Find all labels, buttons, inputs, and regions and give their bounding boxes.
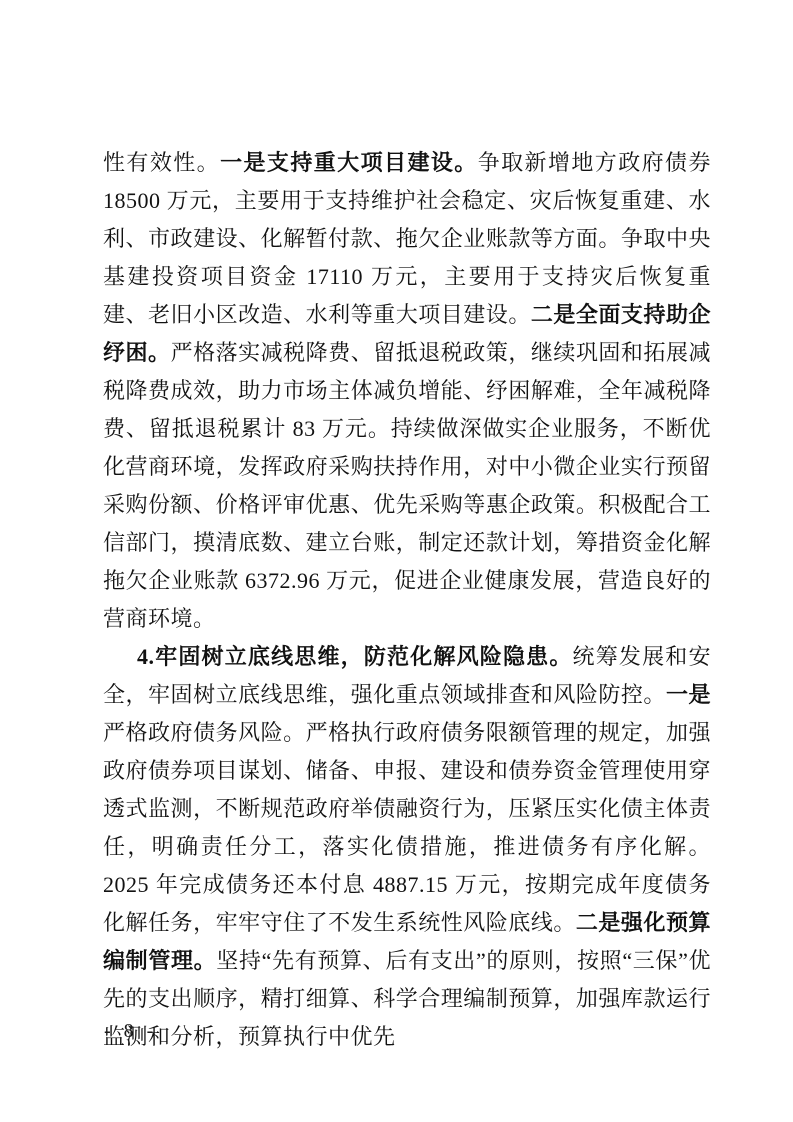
text-run: 争取新增地方政府债券 18500 万元，主要用于支持维护社会稳定、灾后恢复重建、…: [103, 150, 711, 327]
paragraph: 性有效性。一是支持重大项目建设。争取新增地方政府债券 18500 万元，主要用于…: [103, 144, 711, 638]
bold-run: 4.牢固树立底线思维，防范化解风险隐患。: [137, 644, 573, 669]
bold-run: 一是支持重大项目建设。: [220, 150, 478, 175]
document-body: 性有效性。一是支持重大项目建设。争取新增地方政府债券 18500 万元，主要用于…: [103, 144, 711, 1056]
text-run: 性有效性。: [103, 150, 220, 175]
paragraph: 4.牢固树立底线思维，防范化解风险隐患。统筹发展和安全，牢固树立底线思维，强化重…: [103, 638, 711, 1056]
bold-run: 一是: [666, 682, 711, 707]
page-number: - 8 -: [104, 1020, 157, 1043]
text-run: 严格落实减税降费、留抵退税政策，继续巩固和拓展减税降费成效，助力市场主体减负增能…: [103, 340, 711, 631]
document-page: 性有效性。一是支持重大项目建设。争取新增地方政府债券 18500 万元，主要用于…: [0, 0, 793, 1122]
text-run: 严格政府债务风险。严格执行政府债务限额管理的规定，加强政府债券项目谋划、储备、申…: [103, 720, 711, 935]
